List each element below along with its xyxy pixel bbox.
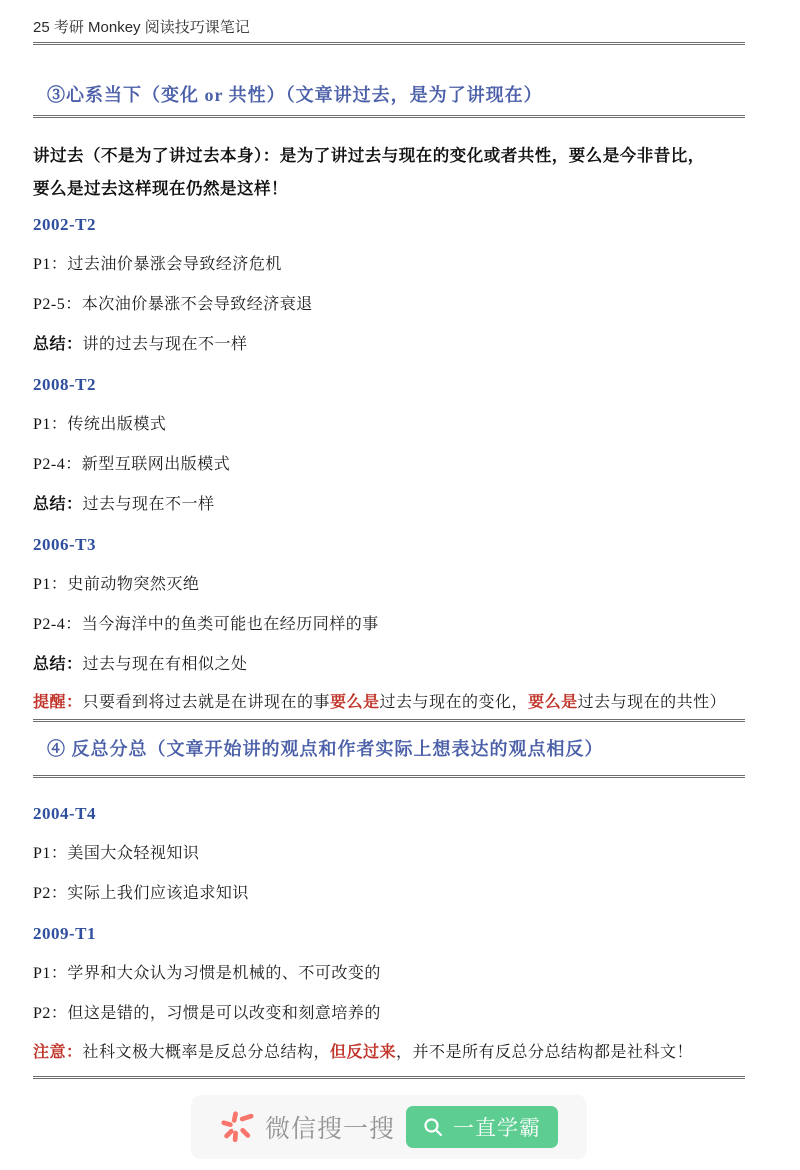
case-id: 2004-T4 <box>33 794 745 834</box>
note-label: 注意： <box>33 1044 83 1061</box>
reminder-text: 只要看到将过去就是在讲现在的事 <box>83 694 331 711</box>
reminder-text: 过去与现在的变化， <box>380 694 529 711</box>
case-entry: P1：学界和大众认为习惯是机械的、不可改变的 <box>33 954 745 994</box>
note-text: ，并不是所有反总分总结构都是社科文！ <box>396 1044 693 1061</box>
entry-text: 但这是错的，习惯是可以改变和刻意培养的 <box>67 1005 381 1022</box>
document-page: 25 考研 Monkey 阅读技巧课笔记 ③心系当下（变化 or 共性）（文章讲… <box>0 0 800 1170</box>
entry-text: 新型互联网出版模式 <box>82 456 231 473</box>
case-id: 2002-T2 <box>33 205 745 245</box>
entry-label: P2： <box>33 885 67 902</box>
reminder-paragraph: 提醒：只要看到将过去就是在讲现在的事要么是过去与现在的变化，要么是过去与现在的共… <box>33 687 745 719</box>
case-entry: 总结：讲的过去与现在不一样 <box>33 325 745 365</box>
search-keyword-label: 一直学霸 <box>453 1112 541 1142</box>
search-button[interactable]: 一直学霸 <box>406 1106 558 1148</box>
case-id: 2008-T2 <box>33 365 745 405</box>
section3-intro: 讲过去（不是为了讲过去本身）：是为了讲过去与现在的变化或者共性，要么是今非昔比，… <box>33 139 745 205</box>
case-entry: P2：但这是错的，习惯是可以改变和刻意培养的 <box>33 994 745 1034</box>
entry-text: 学界和大众认为习惯是机械的、不可改变的 <box>67 965 381 982</box>
reminder-highlight: 要么是 <box>528 694 578 711</box>
wechat-search-brand-label: 微信搜一搜 <box>265 1109 395 1145</box>
entry-label: P1： <box>33 965 67 982</box>
entry-label: P2-4： <box>33 616 82 633</box>
case-entry: P1：传统出版模式 <box>33 405 745 445</box>
section4-title: ④ 反总分总（文章开始讲的观点和作者实际上想表达的观点相反） <box>33 719 745 778</box>
case-entry: 总结：过去与现在有相似之处 <box>33 645 745 685</box>
reminder-text: 过去与现在的共性） <box>578 694 727 711</box>
entry-text: 过去油价暴涨会导致经济危机 <box>67 256 282 273</box>
case-entry: P2：实际上我们应该追求知识 <box>33 874 745 914</box>
case-entry: P1：过去油价暴涨会导致经济危机 <box>33 245 745 285</box>
note-paragraph: 注意：社科文极大概率是反总分总结构，但反过来，并不是所有反总分总结构都是社科文！ <box>33 1038 745 1068</box>
page-header: 25 考研 Monkey 阅读技巧课笔记 <box>33 16 745 45</box>
entry-label: P1： <box>33 256 67 273</box>
reminder-highlight: 要么是 <box>330 694 380 711</box>
entry-label: P1： <box>33 416 67 433</box>
reminder-label: 提醒： <box>33 694 83 711</box>
entry-text: 过去与现在有相似之处 <box>83 656 248 673</box>
case-entry: P2-4：新型互联网出版模式 <box>33 445 745 485</box>
entry-text: 传统出版模式 <box>67 416 166 433</box>
case-id: 2006-T3 <box>33 525 745 565</box>
entry-label: 总结： <box>33 656 83 673</box>
entry-text: 过去与现在不一样 <box>83 496 215 513</box>
entry-text: 实际上我们应该追求知识 <box>67 885 249 902</box>
case-entry: P2-4：当今海洋中的鱼类可能也在经历同样的事 <box>33 605 745 645</box>
entry-label: 总结： <box>33 496 83 513</box>
case-entry: P2-5：本次油价暴涨不会导致经济衰退 <box>33 285 745 325</box>
entry-text: 当今海洋中的鱼类可能也在经历同样的事 <box>82 616 379 633</box>
section3-title: ③心系当下（变化 or 共性）（文章讲过去，是为了讲现在） <box>33 81 745 118</box>
case-entry: P1：史前动物突然灭绝 <box>33 565 745 605</box>
note-highlight: 但反过来 <box>330 1044 396 1061</box>
note-block: 注意：社科文极大概率是反总分总结构，但反过来，并不是所有反总分总结构都是社科文！ <box>33 1038 745 1079</box>
case-id: 2009-T1 <box>33 914 745 954</box>
entry-label: P2： <box>33 1005 67 1022</box>
entry-label: P1： <box>33 576 67 593</box>
wechat-search-banner: 微信搜一搜 一直学霸 <box>191 1095 587 1159</box>
entry-label: P2-5： <box>33 296 82 313</box>
entry-text: 美国大众轻视知识 <box>67 845 199 862</box>
wechat-search-sparkle-icon <box>220 1110 254 1144</box>
entry-text: 史前动物突然灭绝 <box>67 576 199 593</box>
entry-label: P1： <box>33 845 67 862</box>
note-text: 社科文极大概率是反总分总结构， <box>83 1044 331 1061</box>
case-entry: P1：美国大众轻视知识 <box>33 834 745 874</box>
entry-text: 本次油价暴涨不会导致经济衰退 <box>82 296 313 313</box>
entry-label: 总结： <box>33 336 83 353</box>
entry-text: 讲的过去与现在不一样 <box>83 336 248 353</box>
magnifier-icon <box>423 1117 443 1137</box>
case-entry: 总结：过去与现在不一样 <box>33 485 745 525</box>
entry-label: P2-4： <box>33 456 82 473</box>
